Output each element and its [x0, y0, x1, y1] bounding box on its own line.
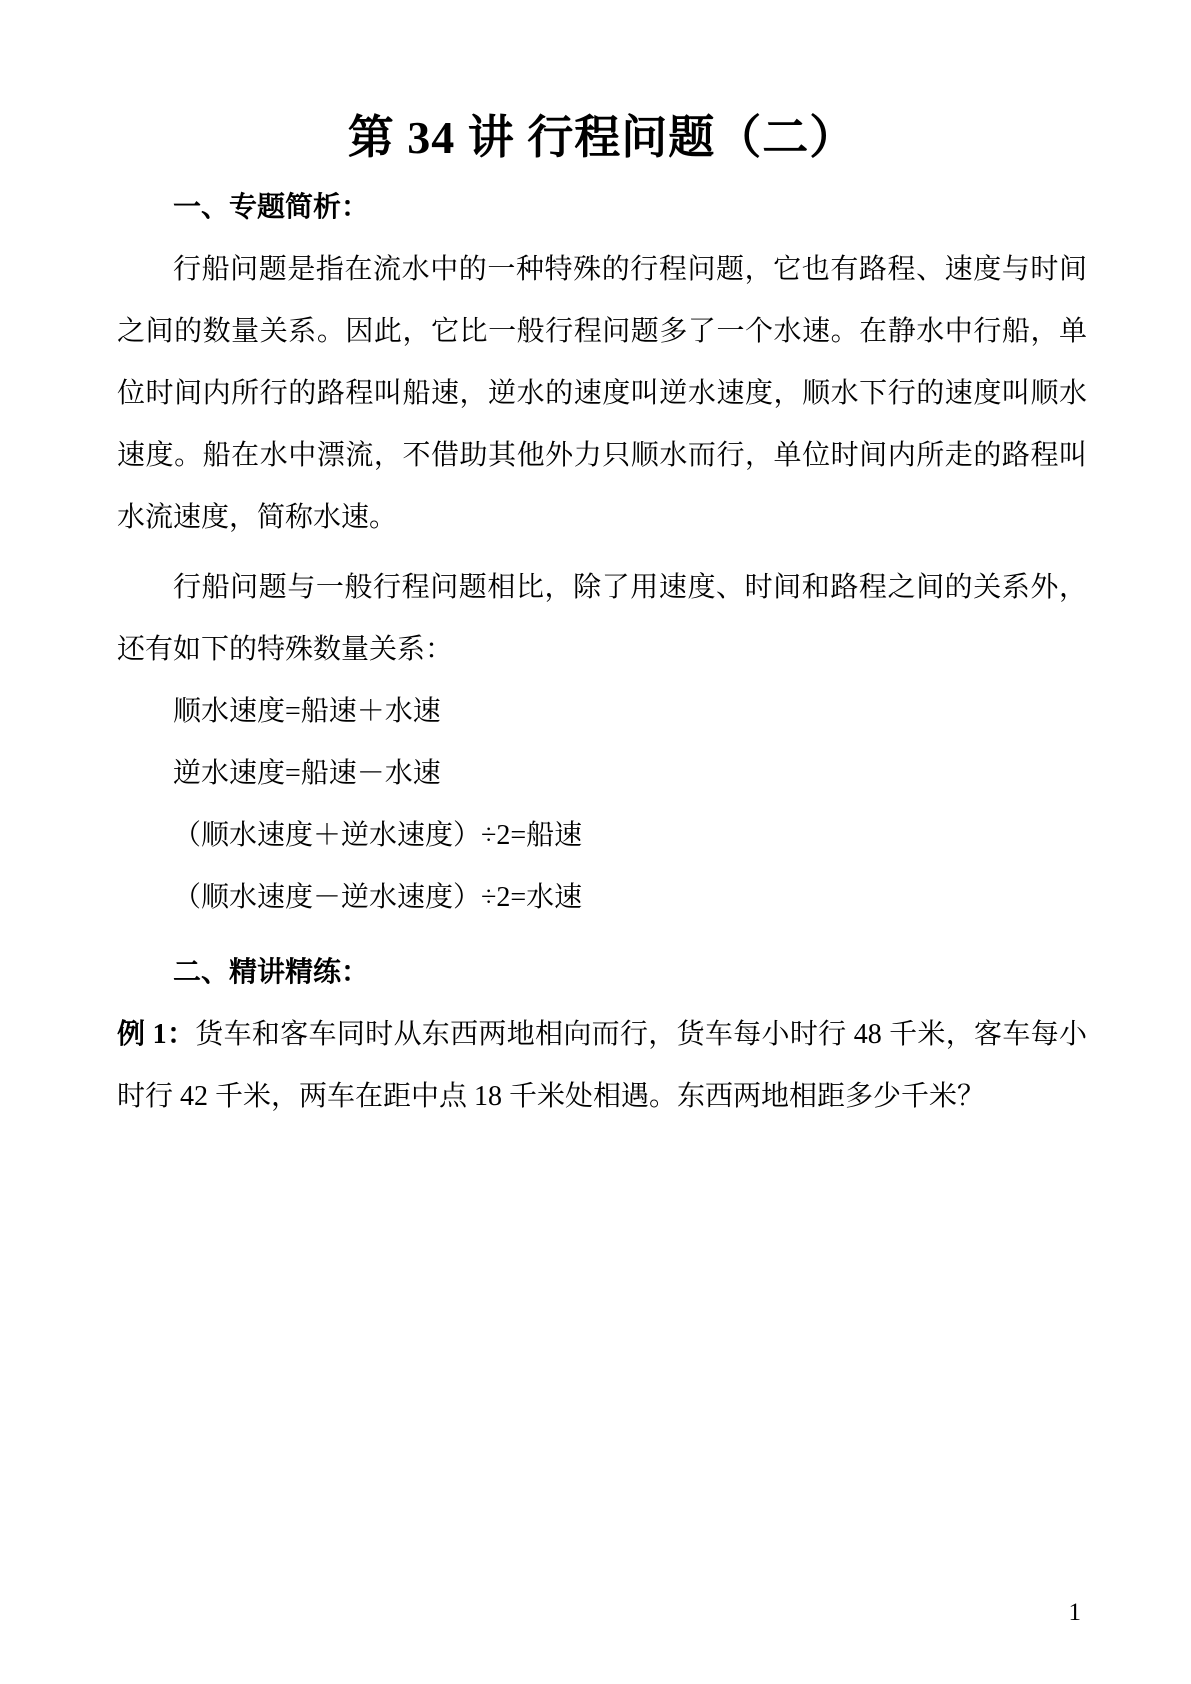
section-heading-analysis: 一、专题简析：: [117, 177, 1087, 239]
formula-list: 顺水速度=船速＋水速 逆水速度=船速－水速 （顺水速度＋逆水速度）÷2=船速 （…: [117, 681, 1087, 929]
document-page: 第 34 讲 行程问题（二） 一、专题简析： 行船问题是指在流水中的一种特殊的行…: [0, 0, 1191, 1684]
formula-water-speed: （顺水速度－逆水速度）÷2=水速: [117, 867, 1087, 929]
example-1-label: 例 1：: [117, 1019, 195, 1050]
page-title: 第 34 讲 行程问题（二）: [117, 112, 1087, 164]
paragraph-boat-relations: 行船问题与一般行程问题相比，除了用速度、时间和路程之间的关系外，还有如下的特殊数…: [117, 557, 1087, 681]
document-content: 第 34 讲 行程问题（二） 一、专题简析： 行船问题是指在流水中的一种特殊的行…: [0, 112, 1191, 1128]
section-heading-practice: 二、精讲精练：: [117, 942, 1087, 1004]
section-analysis: 一、专题简析： 行船问题是指在流水中的一种特殊的行程问题，它也有路程、速度与时间…: [117, 177, 1087, 929]
page-number: 1: [1069, 1598, 1082, 1628]
example-1-text: 货车和客车同时从东西两地相向而行，货车每小时行 48 千米，客车每小时行 42 …: [117, 1019, 1087, 1112]
formula-downstream: 顺水速度=船速＋水速: [117, 681, 1087, 743]
formula-boat-speed: （顺水速度＋逆水速度）÷2=船速: [117, 805, 1087, 867]
example-1-paragraph: 例 1：货车和客车同时从东西两地相向而行，货车每小时行 48 千米，客车每小时行…: [117, 1004, 1087, 1128]
section-practice: 二、精讲精练： 例 1：货车和客车同时从东西两地相向而行，货车每小时行 48 千…: [117, 942, 1087, 1128]
paragraph-boat-intro: 行船问题是指在流水中的一种特殊的行程问题，它也有路程、速度与时间之间的数量关系。…: [117, 239, 1087, 549]
formula-upstream: 逆水速度=船速－水速: [117, 743, 1087, 805]
